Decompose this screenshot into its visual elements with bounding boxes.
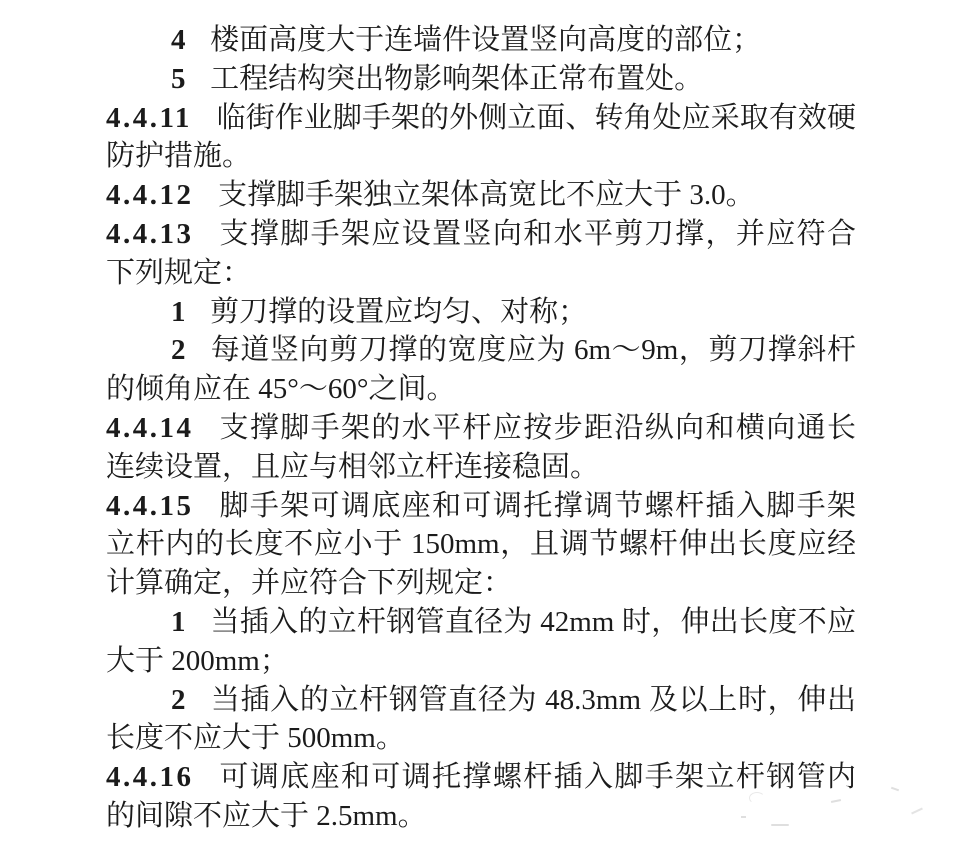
section-text: 支撑脚手架的水平杆应按步距沿纵向和横向通长连续设置，且应与相邻立杆连接稳固。 [106,412,856,483]
clause-item-1-of-4-4-15: 1当插入的立杆钢管直径为 42mm 时，伸出长度不应大于 200mm； [106,603,856,681]
clause-number: 1 [171,606,186,638]
section-number: 4.4.13 [106,218,194,250]
clause-item-5: 5工程结构突出物影响架体正常布置处。 [106,60,856,99]
section-4-4-11: 4.4.11临街作业脚手架的外侧立面、转角处应采取有效硬防护措施。 [106,99,856,177]
clause-text: 楼面高度大于连墙件设置竖向高度的部位； [210,24,761,56]
document-text-block: 4楼面高度大于连墙件设置竖向高度的部位； 5工程结构突出物影响架体正常布置处。 … [106,21,856,836]
clause-number: 1 [171,296,186,328]
clause-number: 5 [171,63,186,95]
section-text: 支撑脚手架独立架体高宽比不应大于 3.0。 [218,179,755,211]
section-number: 4.4.11 [106,102,192,134]
clause-text: 每道竖向剪刀撑的宽度应为 6m～9m，剪刀撑斜杆的倾角应在 45°～60°之间。 [106,334,856,405]
section-4-4-13: 4.4.13支撑脚手架应设置竖向和水平剪刀撑，并应符合下列规定： [106,215,856,293]
clause-text: 工程结构突出物影响架体正常布置处。 [210,63,703,95]
section-number: 4.4.16 [106,761,194,793]
section-text: 可调底座和可调托撑螺杆插入脚手架立杆钢管内的间隙不应大于 2.5mm。 [106,761,856,832]
section-4-4-12: 4.4.12支撑脚手架独立架体高宽比不应大于 3.0。 [106,176,856,215]
clause-item-2-of-4-4-13: 2每道竖向剪刀撑的宽度应为 6m～9m，剪刀撑斜杆的倾角应在 45°～60°之间… [106,331,856,409]
section-number: 4.4.12 [106,179,194,211]
clause-item-2-of-4-4-15: 2当插入的立杆钢管直径为 48.3mm 及以上时，伸出长度不应大于 500mm。 [106,681,856,759]
section-text: 脚手架可调底座和可调托撑调节螺杆插入脚手架立杆内的长度不应小于 150mm，且调… [106,490,856,600]
section-4-4-16: 4.4.16可调底座和可调托撑螺杆插入脚手架立杆钢管内的间隙不应大于 2.5mm… [106,758,856,836]
section-text: 临街作业脚手架的外侧立面、转角处应采取有效硬防护措施。 [106,102,856,173]
document-page-background: { "page": { "background_color": "#ffffff… [0,0,957,859]
clause-text: 当插入的立杆钢管直径为 42mm 时，伸出长度不应大于 200mm； [106,606,856,677]
clause-number: 2 [171,684,186,716]
section-number: 4.4.14 [106,412,194,444]
clause-number: 4 [171,24,186,56]
section-number: 4.4.15 [106,490,194,522]
clause-item-4: 4楼面高度大于连墙件设置竖向高度的部位； [106,21,856,60]
section-4-4-15: 4.4.15脚手架可调底座和可调托撑调节螺杆插入脚手架立杆内的长度不应小于 15… [106,487,856,603]
section-4-4-14: 4.4.14支撑脚手架的水平杆应按步距沿纵向和横向通长连续设置，且应与相邻立杆连… [106,409,856,487]
clause-item-1-of-4-4-13: 1剪刀撑的设置应均匀、对称； [106,293,856,332]
section-text: 支撑脚手架应设置竖向和水平剪刀撑，并应符合下列规定： [106,218,856,289]
clause-text: 当插入的立杆钢管直径为 48.3mm 及以上时，伸出长度不应大于 500mm。 [106,684,856,755]
clause-text: 剪刀撑的设置应均匀、对称； [210,296,587,328]
clause-number: 2 [171,334,186,366]
